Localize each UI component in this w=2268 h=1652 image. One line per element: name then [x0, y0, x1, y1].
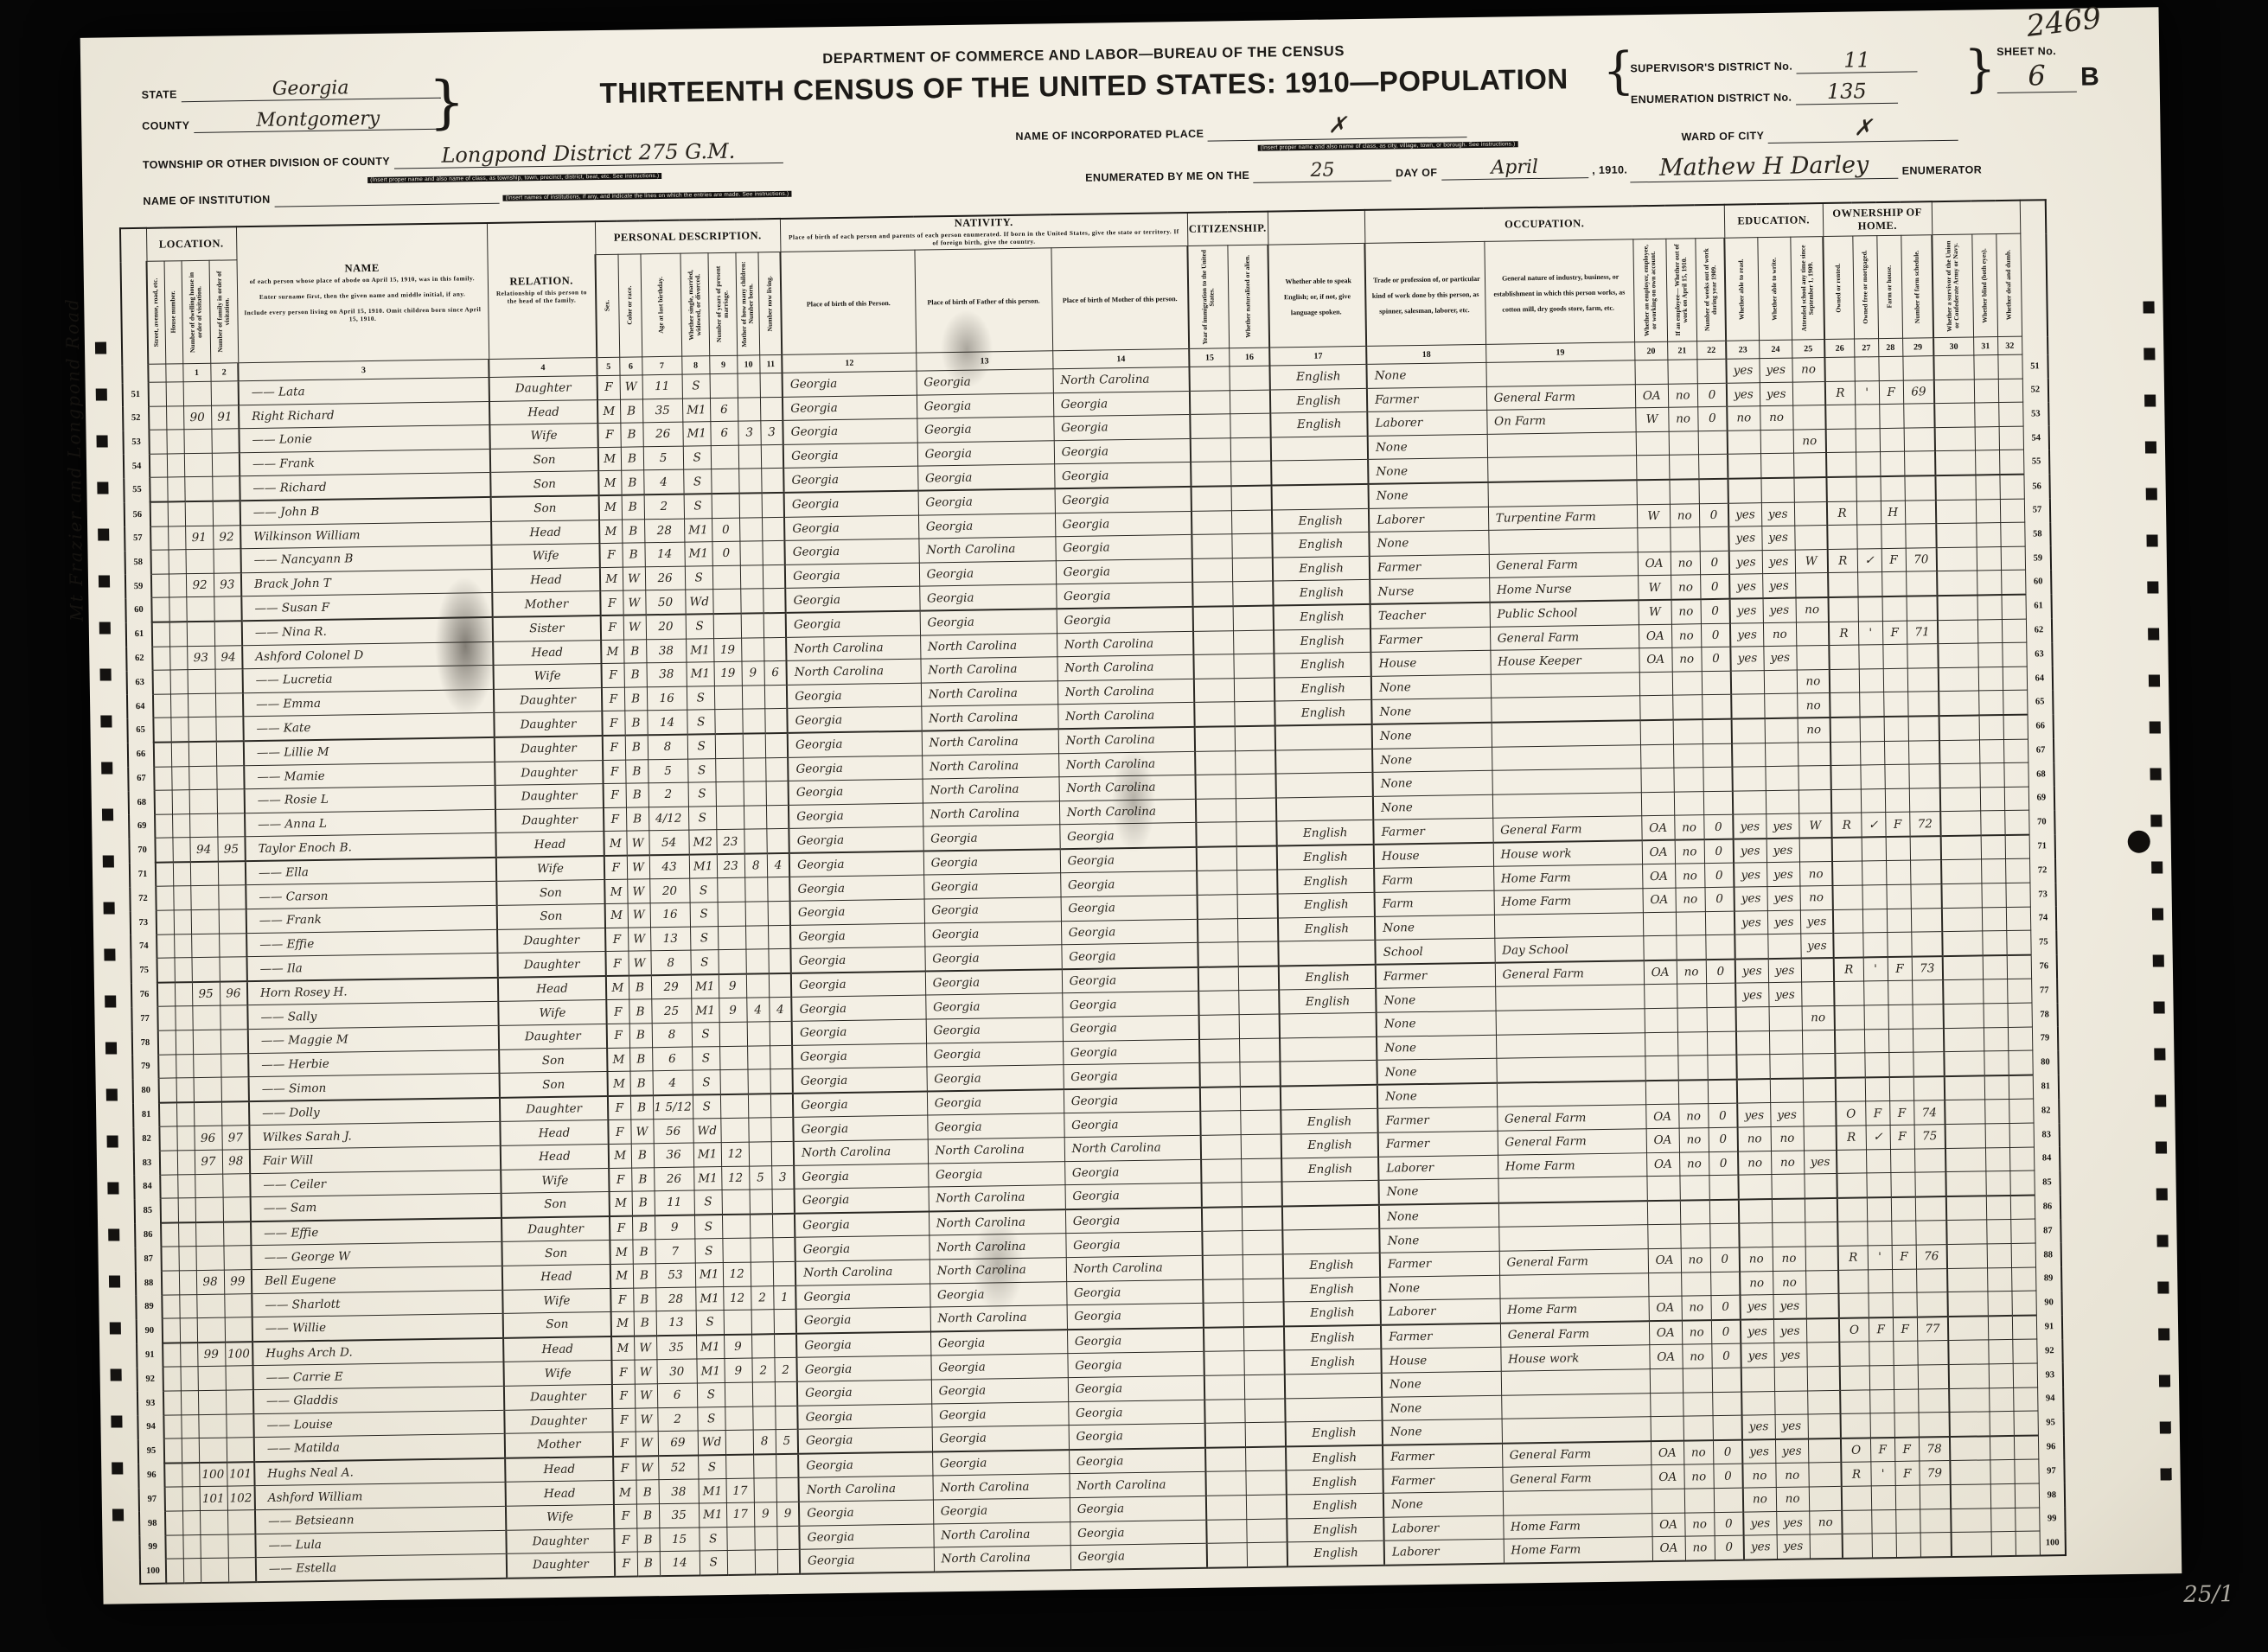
institution-line: NAME OF INSTITUTION (Insert names of ins…	[143, 183, 791, 209]
cell: F	[607, 1024, 629, 1048]
name-cell: Fair Will	[250, 1145, 501, 1173]
cell: 4	[652, 1070, 693, 1095]
census-sheet: Mt Frazier and Longpond Road 25/1 2469 D…	[80, 7, 2182, 1604]
cell: OA	[1639, 624, 1671, 648]
cell	[1673, 719, 1703, 744]
cell	[188, 718, 215, 743]
cell	[1645, 1080, 1678, 1105]
cell: North Carolina	[929, 1209, 1065, 1235]
cell	[1988, 1340, 2012, 1364]
cell: Daughter	[499, 1024, 607, 1049]
cell: M1	[684, 518, 712, 542]
cell: yes	[1727, 359, 1760, 383]
cell: '	[1855, 380, 1879, 405]
cell	[1198, 918, 1238, 942]
cell	[161, 1222, 178, 1247]
cell: English	[1283, 1277, 1380, 1302]
cell: S	[683, 445, 711, 469]
cell: W	[628, 903, 650, 928]
cell: M1	[685, 542, 712, 566]
cell	[1276, 772, 1373, 797]
cell: S	[690, 926, 718, 950]
cell: 0	[1701, 599, 1730, 624]
cell	[1867, 1197, 1891, 1222]
cell: Daughter	[507, 1553, 615, 1579]
cell: yes	[1730, 598, 1763, 623]
cell	[2002, 642, 2026, 667]
cell: no	[1671, 551, 1700, 575]
name-cell: —— Susan F	[241, 593, 492, 621]
cell	[1703, 791, 1733, 815]
cell	[183, 381, 211, 405]
cell: House	[1371, 650, 1491, 676]
cell	[1651, 1416, 1683, 1441]
cell: M	[611, 1336, 634, 1360]
cell	[1241, 1134, 1281, 1158]
cell: OA	[1644, 960, 1677, 985]
cell: yes	[1760, 382, 1792, 406]
line-number: 73	[131, 910, 157, 934]
cell	[1244, 1326, 1285, 1351]
cell: Georgia	[1070, 1496, 1206, 1521]
cell	[1998, 402, 2022, 426]
cell	[1487, 432, 1636, 458]
cell	[186, 597, 214, 622]
cell	[1803, 1078, 1836, 1103]
margin-annotation: Mt Frazier and Longpond Road	[61, 297, 87, 622]
cell	[1245, 1398, 1286, 1422]
cell: F	[605, 951, 628, 975]
cell	[226, 1413, 253, 1438]
cell: 95	[217, 837, 245, 862]
column-header: Trade or profession of, or particular ki…	[1365, 241, 1486, 346]
enumeration-district-line: ENUMERATION DISTRICT No. 135	[1631, 79, 1898, 108]
cell	[1986, 1220, 2010, 1244]
supervisor-label: SUPERVISOR'S DISTRICT No.	[1630, 61, 1792, 75]
cell	[179, 1271, 196, 1295]
cell	[2007, 979, 2031, 1004]
cell	[1828, 572, 1857, 597]
cell: Georgia	[1067, 1303, 1204, 1329]
cell: 0	[1715, 1535, 1744, 1560]
cell: B	[629, 1071, 652, 1095]
cell	[1999, 426, 2023, 450]
cell	[1834, 981, 1863, 1005]
cell	[1707, 1031, 1736, 1056]
cell	[1984, 1027, 2008, 1051]
enumeration-label: ENUMERATION DISTRICT No.	[1631, 92, 1792, 106]
cell: North Carolina	[930, 1305, 1067, 1331]
cell: English	[1281, 1157, 1378, 1182]
cell	[1645, 1056, 1678, 1081]
cell	[1888, 1029, 1913, 1053]
cell	[1241, 1110, 1281, 1134]
cell: Georgia	[789, 826, 923, 852]
column-header: Place of birth of Mother of this person.	[1051, 246, 1190, 350]
line-header-left	[120, 228, 149, 383]
cell: Georgia	[798, 1451, 932, 1477]
county-line: COUNTY Montgomery	[142, 107, 443, 134]
cell: Home Farm	[1503, 1513, 1651, 1539]
cell: None	[1383, 1491, 1503, 1517]
cell	[226, 1366, 253, 1390]
cell: 101	[200, 1486, 227, 1510]
cell	[1830, 717, 1860, 742]
cell: B	[632, 1215, 655, 1240]
cell	[2004, 762, 2028, 787]
name-cell: —— Estella	[256, 1553, 507, 1581]
cell	[1247, 1495, 1287, 1519]
cell: M	[598, 447, 621, 471]
cell	[767, 877, 789, 902]
cell	[1909, 764, 1940, 788]
line-number-right: 61	[2026, 594, 2052, 619]
cell	[150, 501, 168, 526]
cell	[219, 933, 246, 957]
cell: Georgia	[783, 371, 917, 397]
cell	[1709, 1199, 1739, 1224]
cell	[1833, 885, 1862, 909]
cell	[1709, 1175, 1739, 1200]
cell	[149, 430, 166, 454]
cell: yes	[1734, 839, 1766, 864]
cell	[184, 453, 212, 477]
cell	[725, 1382, 752, 1406]
cell: F	[611, 1360, 634, 1384]
cell: ✓	[1861, 813, 1885, 838]
cell	[1236, 774, 1276, 798]
cell: North Carolina	[794, 1139, 928, 1165]
cell	[1891, 1221, 1915, 1245]
cell: 3	[771, 1165, 794, 1190]
cell	[1868, 1269, 1892, 1293]
cell	[1496, 1009, 1645, 1035]
line-number-right: 67	[2028, 738, 2054, 762]
cell	[1990, 1436, 2014, 1461]
column-header: Number of family in order of visitation.	[209, 260, 239, 363]
cell	[1882, 644, 1907, 668]
cell	[1243, 1254, 1283, 1279]
cell	[1232, 533, 1273, 558]
cell	[1938, 595, 1977, 620]
cell: F	[613, 1456, 636, 1480]
cell	[1705, 934, 1735, 960]
cell: B	[623, 639, 646, 663]
cell: yes	[1773, 1343, 1806, 1367]
cell: 70	[1906, 547, 1937, 571]
cell	[765, 733, 788, 757]
cell	[194, 1077, 221, 1102]
cell	[1194, 702, 1235, 727]
cell	[161, 1198, 178, 1222]
cell	[1234, 654, 1275, 678]
sheet-label: SHEET No.	[1996, 45, 2056, 58]
cell: F	[599, 543, 622, 567]
cell	[1835, 1053, 1864, 1078]
cell: 3	[738, 421, 761, 445]
cell: 0	[1704, 864, 1734, 888]
cell: Teacher	[1370, 603, 1490, 628]
column-number: 27	[1854, 339, 1878, 357]
cell: Georgia	[923, 873, 1060, 899]
cell: no	[1671, 623, 1701, 647]
cell: General Farm	[1495, 960, 1644, 987]
cell	[1837, 1173, 1867, 1198]
cell: North Carolina	[1059, 775, 1196, 800]
cell: 0	[1708, 1104, 1737, 1128]
column-number: 24	[1759, 340, 1792, 359]
brace-glyph: }	[428, 68, 465, 136]
cell: House	[1382, 1348, 1501, 1374]
line-number-right: 95	[2038, 1411, 2064, 1436]
cell	[188, 766, 216, 790]
cell	[2009, 1147, 2034, 1171]
cell: '	[1863, 957, 1888, 982]
cell	[1240, 1062, 1281, 1087]
cell: S	[694, 1190, 722, 1215]
cell	[1943, 955, 1983, 980]
cell: 90	[183, 405, 211, 430]
cell	[1942, 883, 1982, 908]
cell: 91	[185, 526, 213, 550]
cell	[1836, 1077, 1865, 1102]
enumeration-value: 135	[1827, 79, 1867, 104]
cell	[1826, 429, 1856, 453]
cell	[1856, 525, 1881, 549]
cell	[1808, 1438, 1841, 1464]
cell: Georgia	[785, 539, 919, 564]
cell: Georgia	[784, 515, 918, 541]
column-number: 8	[681, 356, 709, 374]
cell: 9	[754, 1502, 776, 1527]
cell	[159, 1078, 176, 1102]
line-number: 60	[125, 598, 151, 623]
cell: no	[1802, 1005, 1835, 1030]
line-number-right: 88	[2035, 1243, 2061, 1267]
cell: Head	[503, 1336, 611, 1362]
cell: Farm	[1375, 890, 1494, 916]
cell: Georgia	[1056, 583, 1192, 609]
cell	[1201, 1158, 1242, 1183]
cell	[1636, 431, 1669, 456]
cell	[1702, 671, 1731, 695]
cell	[193, 1054, 220, 1078]
column-header: Whether blind (both eyes).	[1971, 234, 1997, 337]
cell	[1910, 836, 1941, 861]
cell: 0	[1709, 1127, 1738, 1151]
cell	[1739, 1199, 1772, 1224]
cell	[2013, 1387, 2037, 1412]
cell	[216, 765, 244, 789]
cell	[185, 501, 213, 526]
cell	[1869, 1293, 1893, 1318]
column-header: Number of weeks out of work during year …	[1695, 238, 1726, 341]
cell: 26	[645, 566, 686, 590]
cell	[1230, 390, 1271, 414]
cell	[198, 1390, 226, 1414]
cell: North Carolina	[787, 659, 921, 685]
cell: M	[601, 640, 623, 664]
cell	[1832, 837, 1862, 862]
cell: no	[1670, 503, 1699, 527]
cell: no	[1771, 1126, 1804, 1151]
cell	[1247, 1542, 1287, 1567]
cell	[1196, 775, 1236, 799]
cell	[1951, 1484, 1990, 1508]
cell: M	[597, 399, 620, 424]
cell: Georgia	[924, 921, 1061, 947]
cell	[1650, 1368, 1683, 1393]
cell	[1935, 427, 1975, 451]
cell	[722, 1190, 750, 1215]
cell	[1856, 476, 1881, 501]
column-number: 21	[1667, 341, 1696, 360]
cell: Farmer	[1380, 1251, 1499, 1277]
cell	[1894, 1365, 1918, 1389]
cell	[1203, 1279, 1243, 1303]
cell: General Farm	[1490, 624, 1639, 650]
name-cell: Wilkes Sarah J.	[249, 1122, 500, 1150]
cell: F	[603, 760, 625, 784]
cell	[1703, 719, 1732, 744]
line-number: 75	[131, 958, 157, 983]
cell	[1974, 403, 1998, 427]
cell: Farmer	[1370, 554, 1489, 580]
cell	[1770, 1054, 1803, 1079]
cell: S	[690, 903, 718, 927]
cell	[1916, 1268, 1947, 1292]
cell	[182, 1463, 199, 1487]
cell: yes	[1766, 863, 1799, 887]
cell	[1641, 768, 1674, 792]
cell: Daughter	[502, 1216, 610, 1242]
state-line: STATE Georgia	[141, 76, 440, 103]
cell: Daughter	[495, 736, 603, 762]
cell: House Keeper	[1491, 648, 1639, 674]
line-number-right: 96	[2038, 1435, 2064, 1460]
cell: 0	[1713, 1439, 1742, 1464]
cell	[1678, 1056, 1708, 1081]
cell	[1234, 630, 1275, 654]
cell	[1774, 1391, 1807, 1415]
cell: yes	[1773, 1318, 1806, 1343]
cell	[1833, 933, 1862, 958]
cell: Georgia	[795, 1284, 930, 1310]
group-header: CITIZENSHIP.	[1187, 212, 1268, 246]
cell: Georgia	[1069, 1423, 1205, 1449]
column-number: 29	[1902, 338, 1933, 357]
cell	[1990, 1483, 2015, 1508]
line-number-right: 86	[2035, 1195, 2060, 1220]
line-number-right: 60	[2025, 570, 2051, 595]
cell: F	[1893, 1317, 1917, 1342]
cell	[1702, 694, 1731, 719]
cell: no	[1685, 1536, 1715, 1561]
cell: English	[1284, 1300, 1381, 1326]
line-number: 82	[133, 1127, 159, 1151]
line-number-right: 73	[2030, 883, 2056, 907]
sheet-suffix: B	[2080, 62, 2099, 91]
cell: Georgia	[931, 1401, 1068, 1427]
cell	[1231, 486, 1272, 511]
cell	[1739, 1223, 1772, 1247]
cell: English	[1270, 388, 1367, 413]
cell	[2010, 1219, 2035, 1243]
cell: 20	[646, 615, 687, 640]
cell	[1801, 982, 1834, 1006]
cell	[1772, 1198, 1805, 1223]
cell: 9	[719, 998, 746, 1023]
line-number-right: 62	[2026, 618, 2052, 642]
cell: Laborer	[1378, 1155, 1498, 1181]
cell: no	[1682, 1344, 1711, 1368]
cell	[1271, 460, 1368, 486]
cell	[228, 1558, 256, 1583]
cell	[1839, 1293, 1869, 1318]
cell: Daughter	[495, 760, 603, 785]
column-number: 14	[1052, 348, 1189, 368]
cell: B	[624, 711, 647, 735]
cell: Farmer	[1370, 627, 1490, 653]
cell: 101	[227, 1462, 254, 1487]
cell	[2013, 1363, 2037, 1387]
cell	[1281, 1085, 1377, 1111]
cell: F	[1865, 1101, 1889, 1126]
cell: Georgia	[917, 417, 1054, 443]
cell	[1837, 1150, 1866, 1174]
cell	[774, 1309, 796, 1333]
cell: Wife	[498, 1000, 606, 1025]
cell: F	[601, 616, 623, 640]
group-header: NAMEof each person whose place of abode …	[236, 223, 489, 363]
cell	[1698, 431, 1728, 455]
cell	[755, 1526, 777, 1550]
cell	[1650, 1393, 1683, 1417]
cell: yes	[1735, 983, 1768, 1007]
column-number: 22	[1696, 341, 1726, 360]
cell	[1713, 1415, 1742, 1440]
cell: M1	[689, 854, 717, 879]
cell	[1862, 885, 1887, 909]
name-cell: —— Rosie L	[245, 786, 495, 813]
name-cell: —— Ceiler	[250, 1170, 501, 1197]
cell: M1	[695, 1263, 723, 1287]
cell	[1840, 1366, 1869, 1390]
line-number-right: 100	[2040, 1531, 2066, 1556]
column-number: 7	[642, 356, 682, 375]
cell	[1204, 1303, 1244, 1328]
cell	[158, 1030, 176, 1055]
cell	[2012, 1315, 2036, 1340]
cell: no	[1763, 622, 1796, 647]
name-cell: Taylor Enoch B.	[245, 833, 495, 861]
cell	[1794, 477, 1827, 502]
line-number-right: 74	[2030, 906, 2056, 930]
cell	[1806, 1294, 1839, 1319]
cell	[211, 429, 239, 453]
cell: S	[692, 1023, 719, 1047]
cell: None	[1375, 915, 1494, 941]
cell: Son	[490, 471, 598, 497]
cell	[1496, 1032, 1645, 1058]
cell	[178, 1247, 195, 1271]
cell: School	[1375, 939, 1494, 965]
cell	[1951, 1508, 1990, 1532]
cell: English	[1286, 1445, 1383, 1470]
cell: 26	[642, 422, 683, 446]
cell	[215, 717, 243, 742]
cell: Georgia	[926, 1041, 1063, 1067]
